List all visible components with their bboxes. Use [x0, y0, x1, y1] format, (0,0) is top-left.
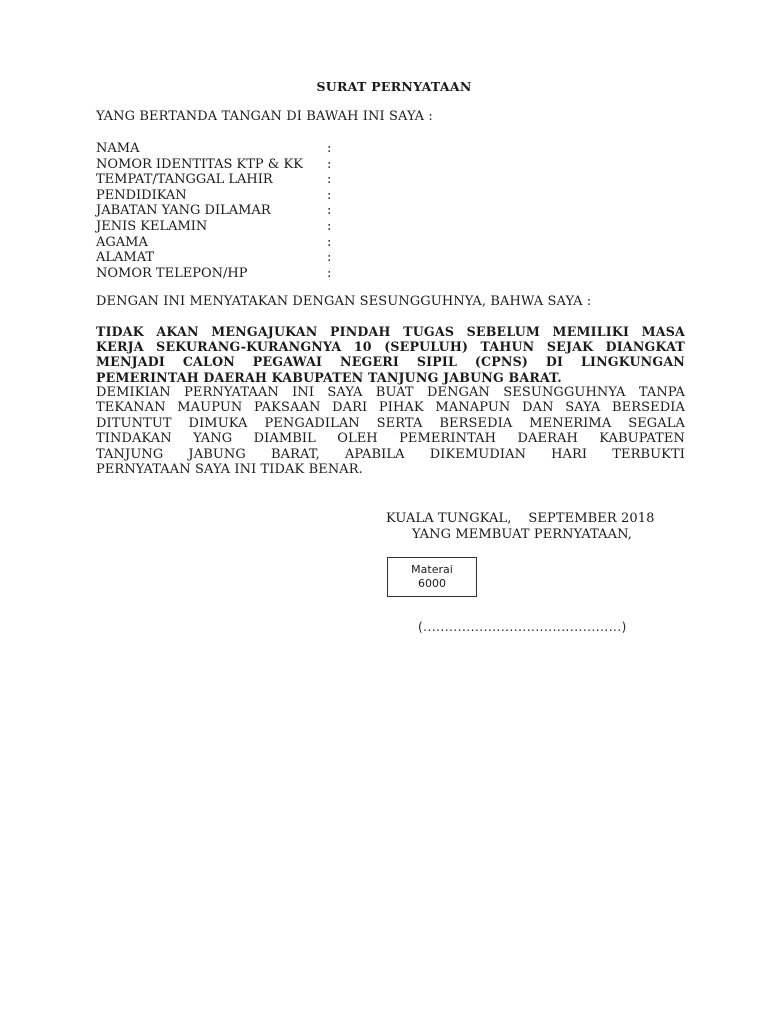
field-separator: :	[327, 250, 331, 266]
field-row-jabatan: JABATAN YANG DILAMAR :	[96, 203, 356, 219]
statement-intro: DENGAN INI MENYATAKAN DENGAN SESUNGGUHNY…	[96, 294, 591, 309]
identity-fields: NAMA : NOMOR IDENTITAS KTP & KK : TEMPAT…	[96, 141, 356, 281]
field-separator: :	[327, 203, 331, 219]
closing-line: DEMIKIAN PERNYATAAN INI SAYA BUAT DENGAN…	[96, 385, 685, 400]
closing-line: TANJUNG JABUNG BARAT, APABILA DIKEMUDIAN…	[96, 447, 685, 462]
field-separator: :	[327, 157, 331, 173]
place-date: KUALA TUNGKAL, SEPTEMBER 2018	[386, 511, 654, 526]
field-separator: :	[327, 266, 331, 282]
field-separator: :	[327, 235, 331, 251]
statement-line: TIDAK AKAN MENGAJUKAN PINDAH TUGAS SEBEL…	[96, 324, 685, 339]
field-separator: :	[327, 188, 331, 204]
field-row-tempat-tanggal-lahir: TEMPAT/TANGGAL LAHIR :	[96, 172, 356, 188]
field-row-nomor-identitas: NOMOR IDENTITAS KTP & KK :	[96, 157, 356, 173]
field-row-alamat: ALAMAT :	[96, 250, 356, 266]
statement-bold-paragraph: TIDAK AKAN MENGAJUKAN PINDAH TUGAS SEBEL…	[96, 324, 685, 385]
intro-text: YANG BERTANDA TANGAN DI BAWAH INI SAYA :	[96, 109, 433, 124]
field-row-jenis-kelamin: JENIS KELAMIN :	[96, 219, 356, 235]
statement-line: MENJADI CALON PEGAWAI NEGERI SIPIL (CPNS…	[96, 354, 685, 369]
closing-line: DITUNTUT DIMUKA PENGADILAN SERTA BERSEDI…	[96, 416, 685, 431]
field-row-nama: NAMA :	[96, 141, 356, 157]
document-title: SURAT PERNYATAAN	[10, 79, 768, 94]
field-label: NAMA	[96, 141, 139, 157]
statement-line: KERJA SEKURANG-KURANGNYA 10 (SEPULUH) TA…	[96, 339, 685, 354]
closing-line: PERNYATAAN SAYA INI TIDAK BENAR.	[96, 462, 685, 477]
statement-line: PEMERINTAH DAERAH KABUPATEN TANJUNG JABU…	[96, 370, 685, 385]
field-row-agama: AGAMA :	[96, 235, 356, 251]
field-separator: :	[327, 141, 331, 157]
stamp-value: 6000	[388, 577, 476, 591]
field-label: NOMOR TELEPON/HP	[96, 266, 247, 282]
field-label: TEMPAT/TANGGAL LAHIR	[96, 172, 273, 188]
field-label: NOMOR IDENTITAS KTP & KK	[96, 157, 303, 173]
field-separator: :	[327, 219, 331, 235]
field-label: PENDIDIKAN	[96, 188, 187, 204]
field-label: JENIS KELAMIN	[96, 219, 207, 235]
document-page: SURAT PERNYATAAN YANG BERTANDA TANGAN DI…	[0, 0, 768, 1024]
closing-paragraph: DEMIKIAN PERNYATAAN INI SAYA BUAT DENGAN…	[96, 385, 685, 477]
field-row-telepon: NOMOR TELEPON/HP :	[96, 266, 356, 282]
signature-name-placeholder: (.......................................…	[418, 620, 627, 634]
field-label: ALAMAT	[96, 250, 154, 266]
stamp-label: Materai	[388, 563, 476, 577]
field-row-pendidikan: PENDIDIKAN :	[96, 188, 356, 204]
closing-line: TEKANAN MAUPUN PAKSAAN DARI PIHAK MANAPU…	[96, 400, 685, 415]
signer-label: YANG MEMBUAT PERNYATAAN,	[412, 527, 632, 542]
stamp-box: Materai 6000	[387, 557, 477, 597]
field-label: AGAMA	[96, 235, 148, 251]
field-separator: :	[327, 172, 331, 188]
closing-line: TINDAKAN YANG DIAMBIL OLEH PEMERINTAH DA…	[96, 431, 685, 446]
field-label: JABATAN YANG DILAMAR	[96, 203, 271, 219]
